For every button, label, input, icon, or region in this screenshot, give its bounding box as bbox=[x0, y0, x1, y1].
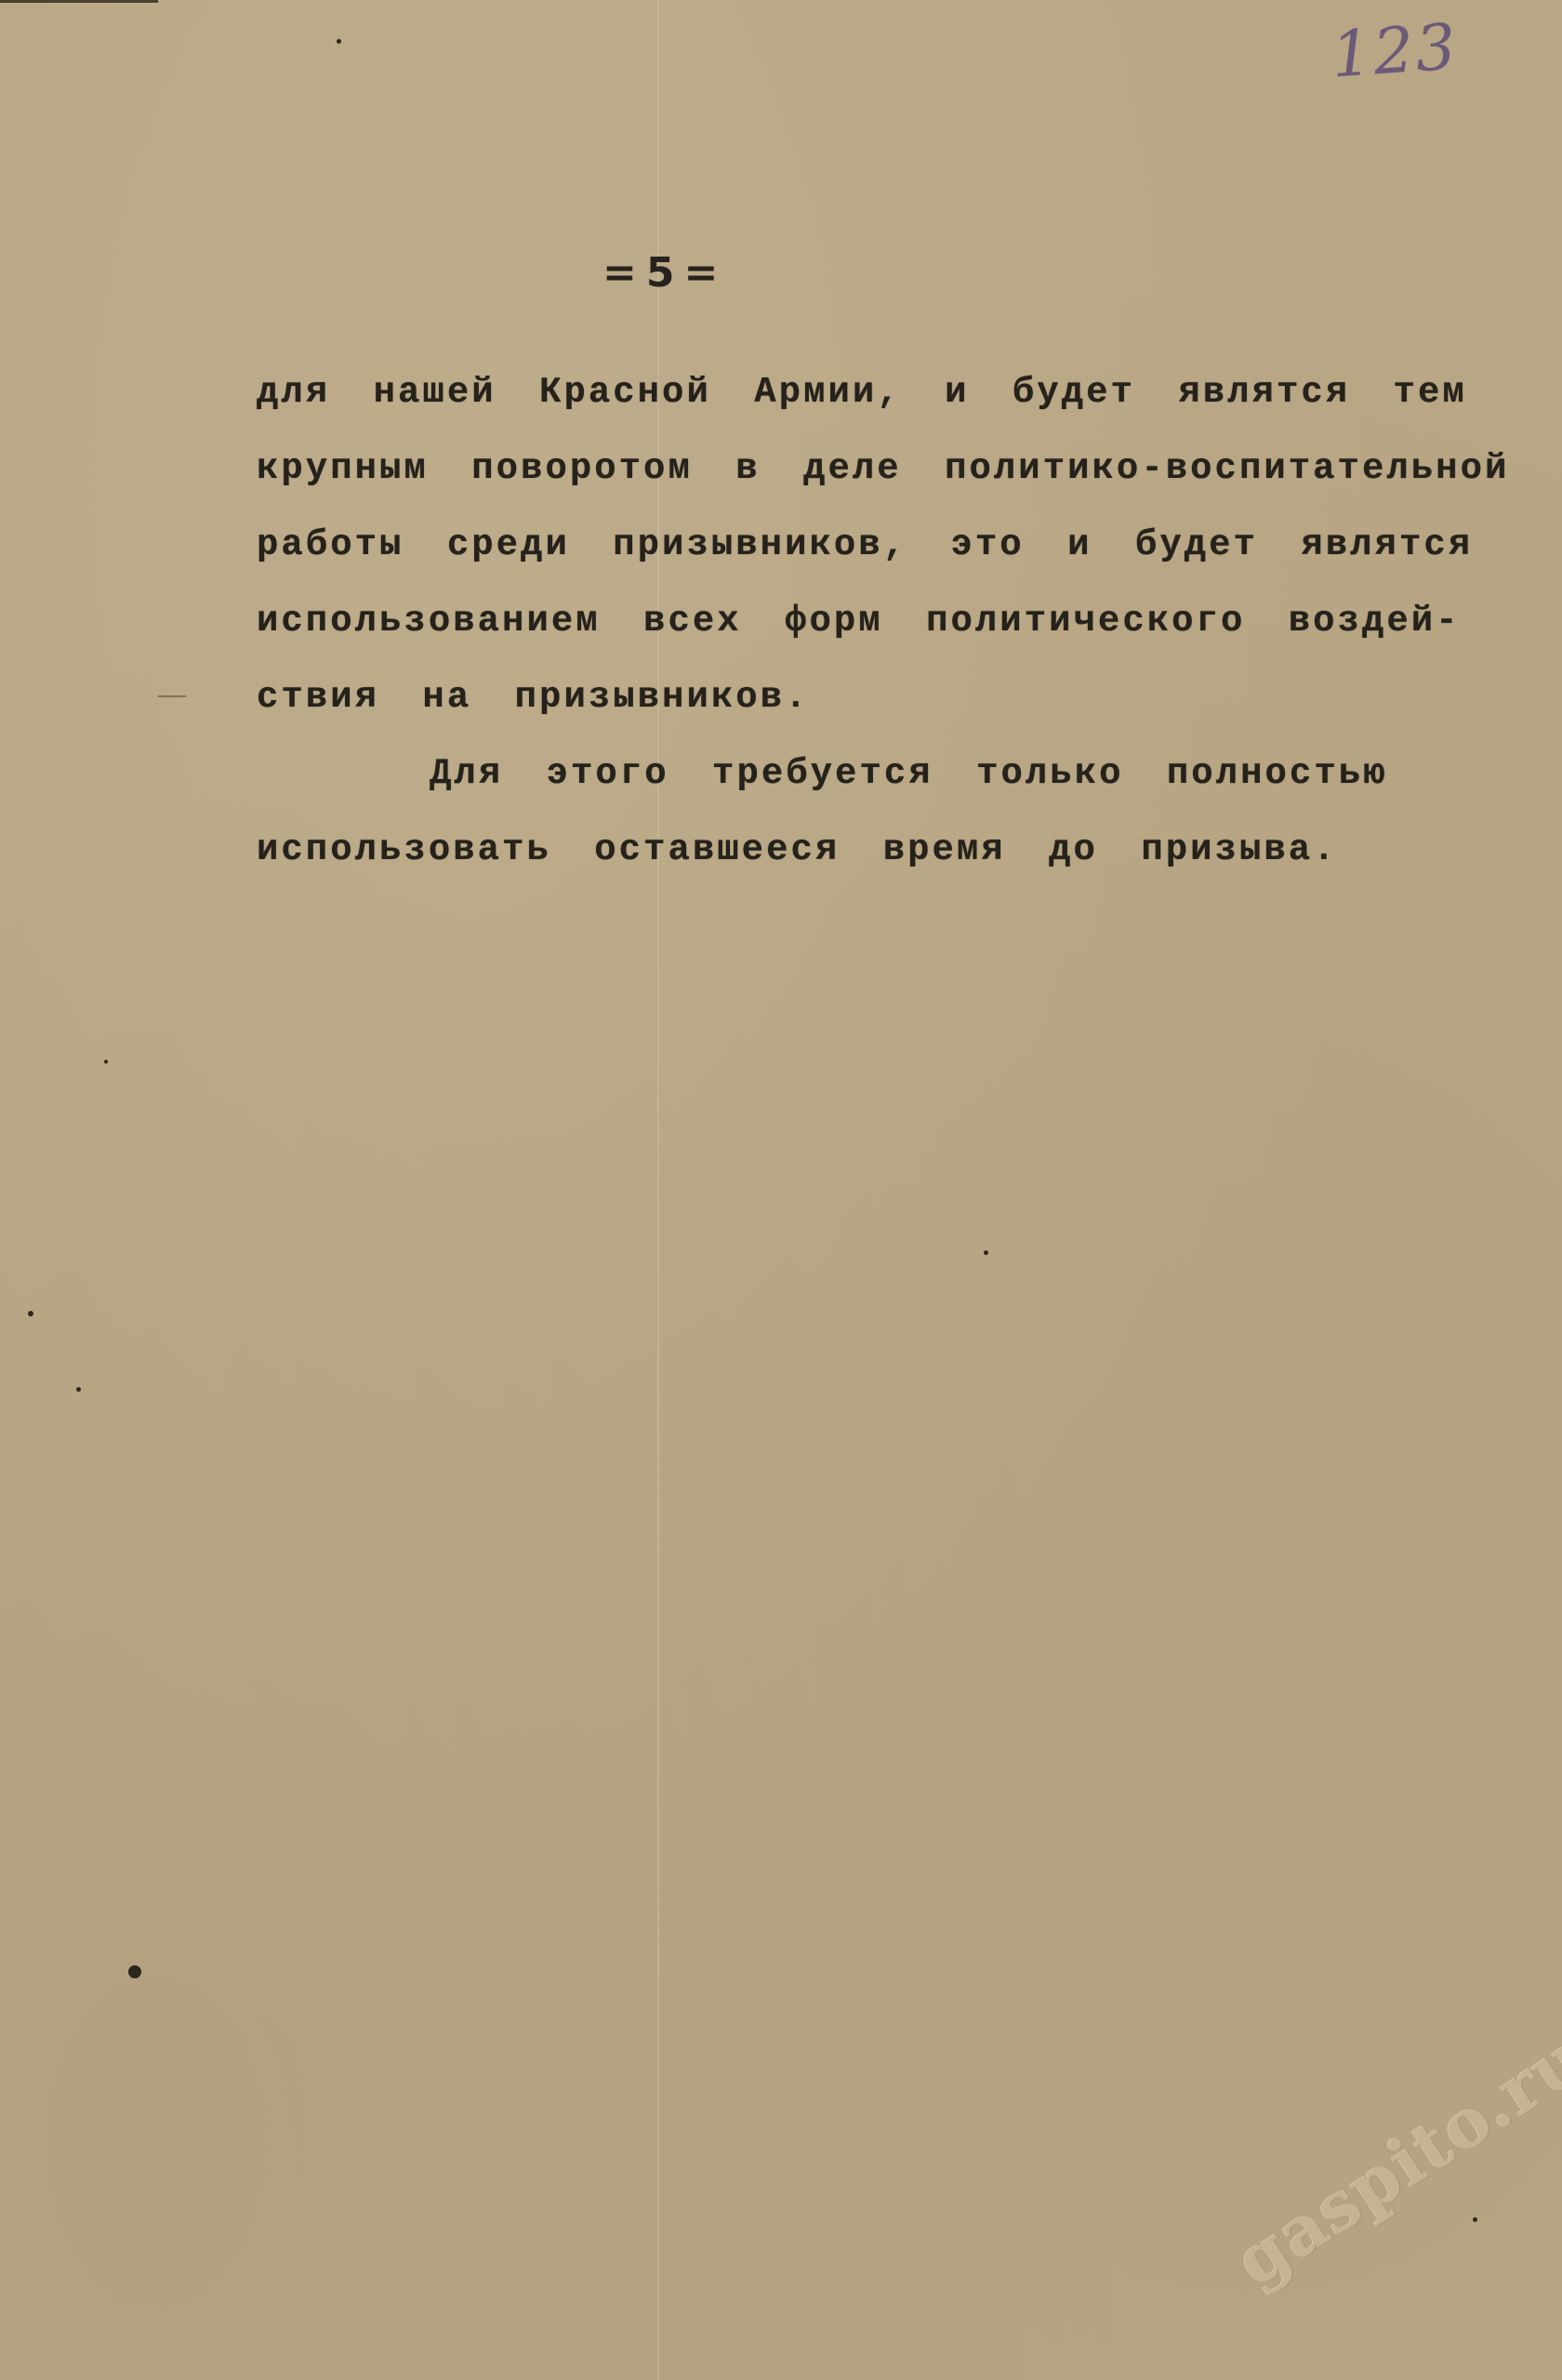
paper-speck bbox=[28, 1311, 33, 1316]
paper-speck bbox=[984, 1250, 988, 1255]
text-line: работы среди призывников, это и будет яв… bbox=[257, 517, 1521, 593]
paper-speck bbox=[104, 1060, 108, 1064]
scan-edge bbox=[0, 0, 158, 3]
watermark: gaspito.ru bbox=[1222, 2016, 1562, 2301]
paper-speck bbox=[337, 39, 341, 44]
paper-fold bbox=[657, 0, 659, 2380]
paragraph-start-line: Для этого требуется только полностью bbox=[257, 746, 1521, 822]
text-line: ствия на призывников. bbox=[257, 669, 1521, 746]
paper-speck bbox=[1473, 2217, 1477, 2222]
archive-page-number: 123 bbox=[1329, 10, 1460, 92]
paper-speck bbox=[76, 1387, 81, 1392]
pencil-mark bbox=[158, 695, 186, 697]
text-line: использованием всех форм политического в… bbox=[257, 593, 1521, 669]
text-line: крупным поворотом в деле политико-воспит… bbox=[257, 441, 1521, 517]
text-line: использовать оставшееся время до призыва… bbox=[257, 822, 1521, 898]
page-marker: =5= bbox=[602, 249, 727, 297]
text-line: для нашей Красной Армии, и будет являтся… bbox=[257, 364, 1521, 441]
typewritten-body: для нашей Красной Армии, и будет являтся… bbox=[257, 364, 1521, 898]
paper-speck bbox=[128, 1965, 141, 1978]
